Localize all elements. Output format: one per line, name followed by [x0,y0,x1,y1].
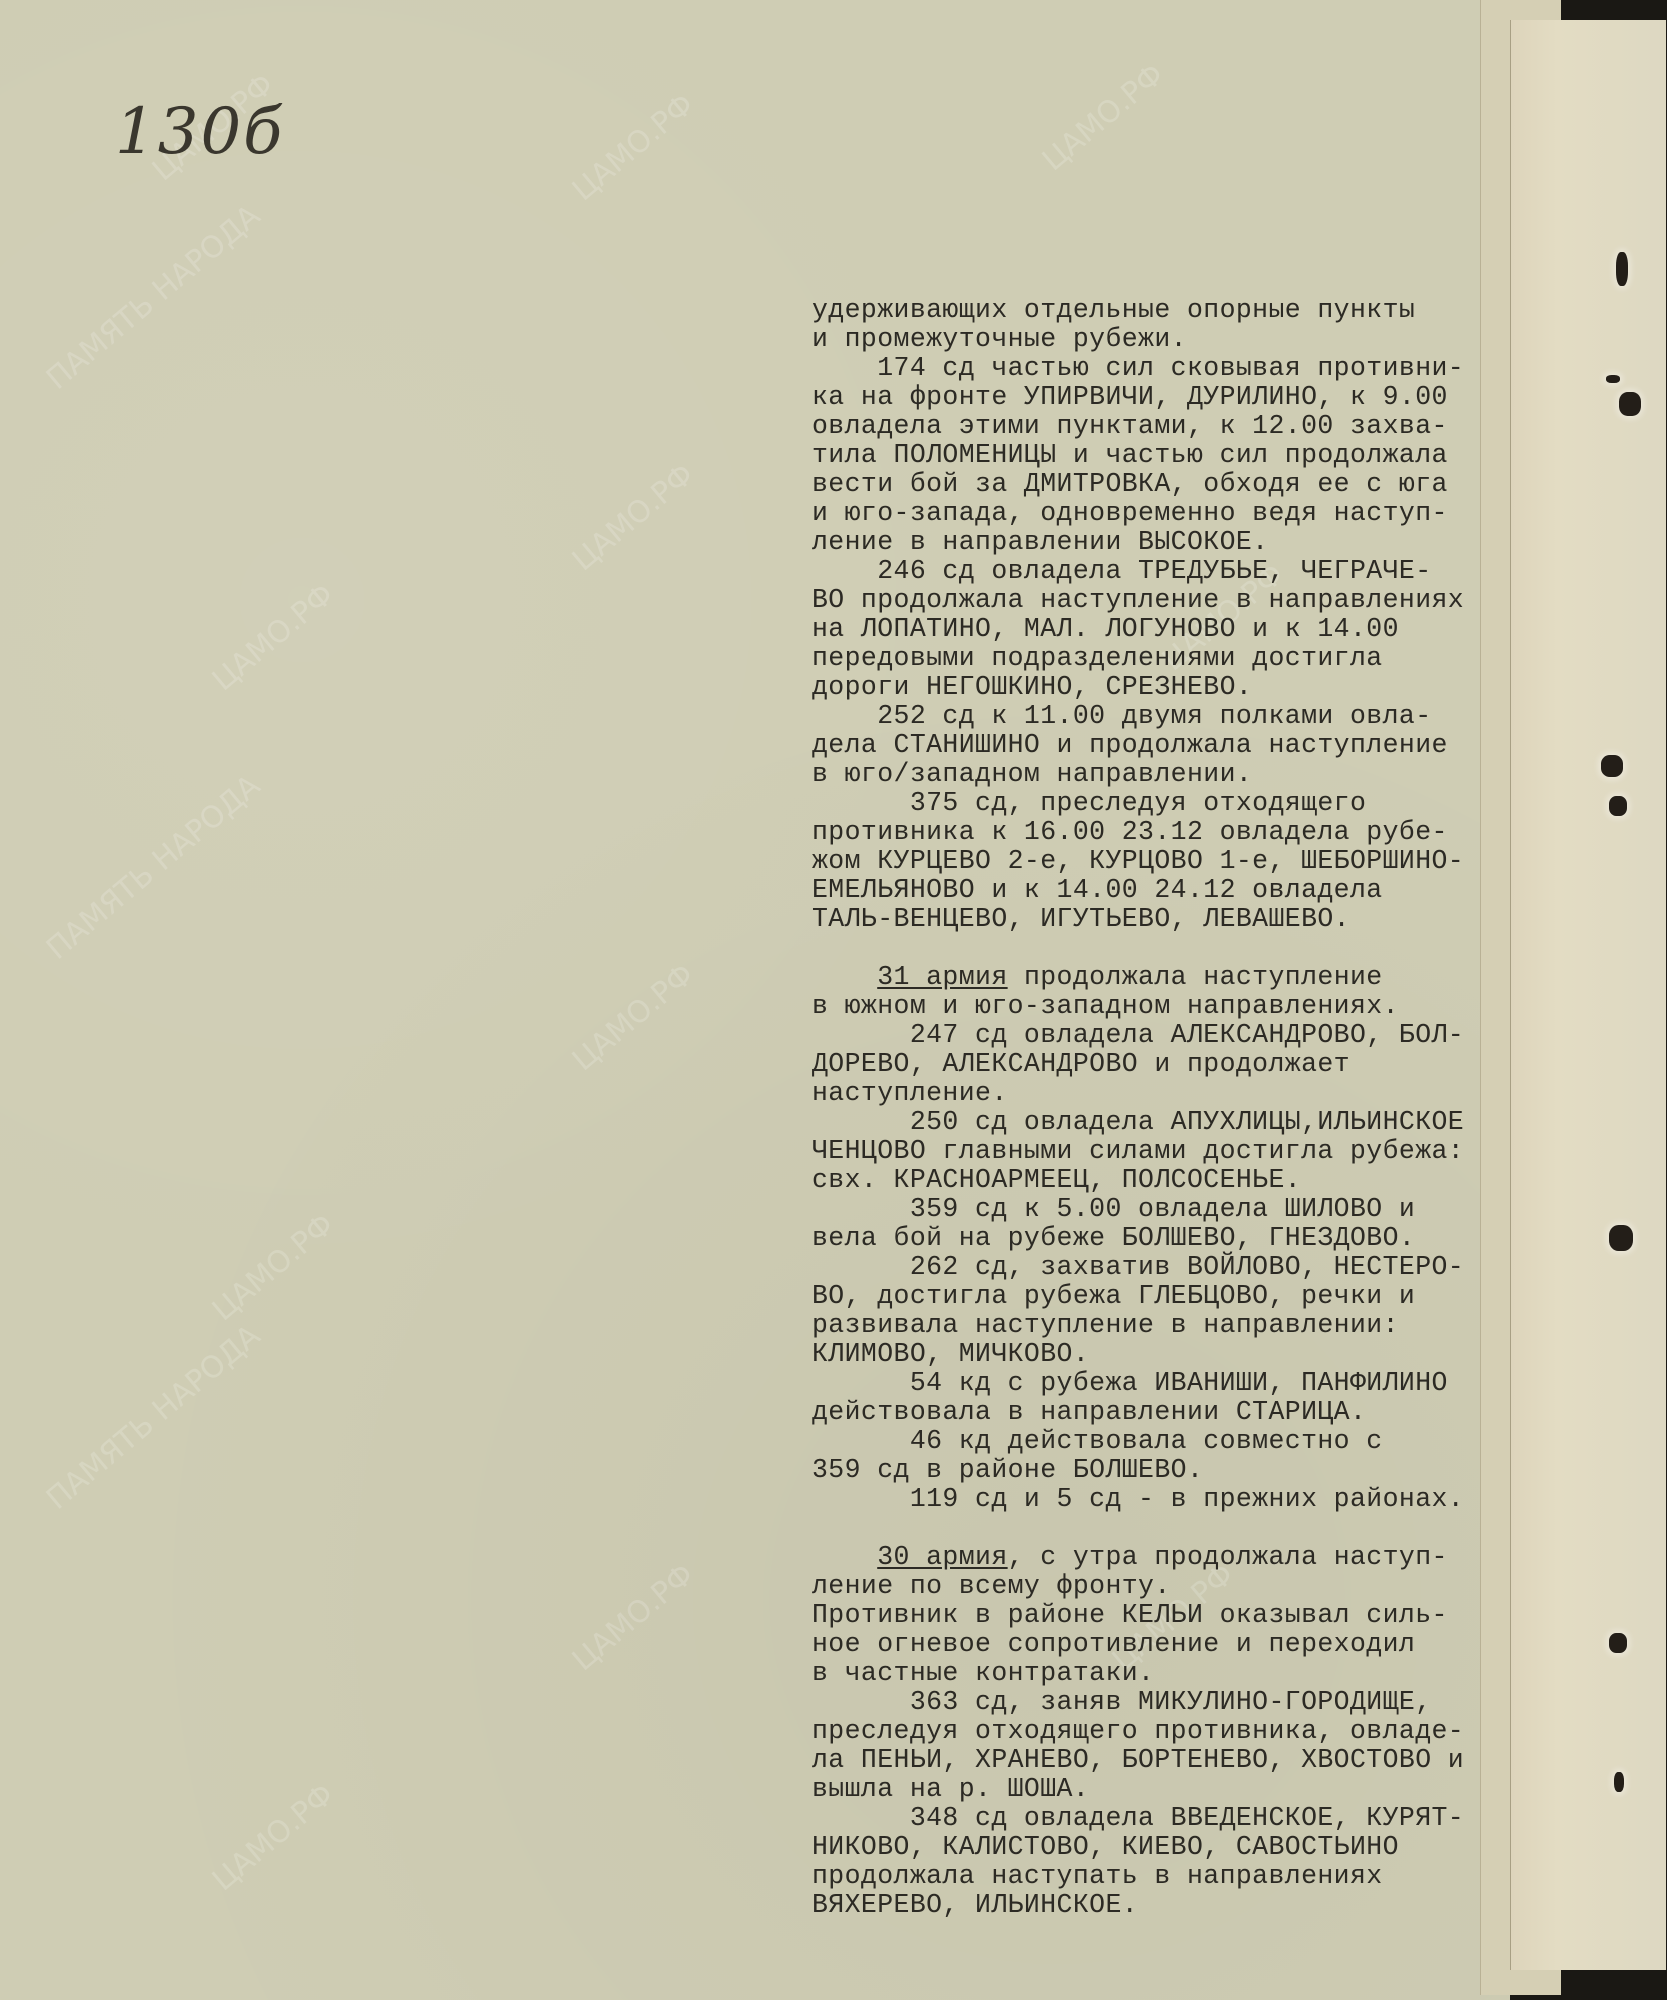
text-line: и промежуточные рубежи. [812,325,1512,354]
text-line: овладела этими пунктами, к 12.00 захва- [812,412,1512,441]
paragraph-375-sd: 375 сд, преследуя отходящего противника … [812,789,1512,934]
watermark: ПАМЯТЬ НАРОДА [40,768,267,966]
watermark: ЦАМО.РФ [206,1777,341,1898]
punch-hole [1601,755,1623,777]
heading-continuation: продолжала наступление [1008,962,1383,992]
paragraph-intro: удерживающих отдельные опорные пункты и … [812,296,1512,354]
binding-edge-strip [1510,20,1666,1970]
text-line: вышла на р. ШОША. [812,1775,1512,1804]
typewritten-report: удерживающих отдельные опорные пункты и … [812,296,1512,1920]
text-line: 119 сд и 5 сд - в прежних районах. [812,1485,1512,1514]
text-line: ВЯХЕРЕВО, ИЛЬИНСКОЕ. [812,1891,1512,1920]
text-line: ВО продолжала наступление в направлениях [812,586,1512,615]
punch-hole [1616,252,1628,286]
text-line: ление в направлении ВЫСОКОЕ. [812,528,1512,557]
punch-hole [1619,392,1641,416]
watermark: ЦАМО.РФ [206,577,341,698]
scanned-document: ЦАМО.РФ ЦАМО.РФ ЦАМО.РФ ПАМЯТЬ НАРОДА ЦА… [0,0,1667,2000]
text-line: НИКОВО, КАЛИСТОВО, КИЕВО, САВОСТЬИНО [812,1833,1512,1862]
text-line: Противник в районе КЕЛЬИ оказывал силь- [812,1601,1512,1630]
text-line: 363 сд, заняв МИКУЛИНО-ГОРОДИЩЕ, [812,1688,1512,1717]
text-line: и юго-запада, одновременно ведя наступ- [812,499,1512,528]
text-line: дела СТАНИШИНО и продолжала наступление [812,731,1512,760]
section-gap [812,934,1512,963]
text-line: 246 сд овладела ТРЕДУБЬЕ, ЧЕГРАЧЕ- [812,557,1512,586]
text-line: 359 сд в районе БОЛШЕВО. [812,1456,1512,1485]
text-line: 174 сд частью сил сковывая противни- [812,354,1512,383]
text-line: 359 сд к 5.00 овладела ШИЛОВО и [812,1195,1512,1224]
punch-hole [1609,1633,1627,1653]
text-line: удерживающих отдельные опорные пункты [812,296,1512,325]
watermark: ЦАМО.РФ [566,457,701,578]
section-heading-line: 31 армия продолжала наступление [812,963,1512,992]
watermark: ЦАМО.РФ [1036,57,1171,178]
text-line: ДОРЕВО, АЛЕКСАНДРОВО и продолжает [812,1050,1512,1079]
text-line: продолжала наступать в направлениях [812,1862,1512,1891]
army-heading-30: 30 армия [877,1542,1007,1572]
section-30-army: 30 армия, с утра продолжала наступ- лени… [812,1543,1512,1920]
text-line: преследуя отходящего противника, овладе- [812,1717,1512,1746]
text-line: ление по всему фронту. [812,1572,1512,1601]
text-line: противника к 16.00 23.12 овладела рубе- [812,818,1512,847]
text-line: вести бой за ДМИТРОВКА, обходя ее с юга [812,470,1512,499]
army-heading-31: 31 армия [877,962,1007,992]
watermark: ЦАМО.РФ [566,87,701,208]
text-line: 46 кд действовала совместно с [812,1427,1512,1456]
handwritten-page-number: 130б [115,95,284,169]
document-page: ЦАМО.РФ ЦАМО.РФ ЦАМО.РФ ПАМЯТЬ НАРОДА ЦА… [0,0,1510,2000]
watermark: ЦАМО.РФ [566,957,701,1078]
punch-hole [1606,375,1620,383]
watermark: ЦАМО.РФ [206,1207,341,1328]
text-line: ЕМЕЛЬЯНОВО и к 14.00 24.12 овладела [812,876,1512,905]
text-line: передовыми подразделениями достигла [812,644,1512,673]
text-line: ВО, достигла рубежа ГЛЕБЦОВО, речки и [812,1282,1512,1311]
text-line: тила ПОЛОМЕНИЦЫ и частью сил продолжала [812,441,1512,470]
text-line: ЧЕНЦОВО главными силами достигла рубежа: [812,1137,1512,1166]
text-line: 375 сд, преследуя отходящего [812,789,1512,818]
text-line: вела бой на рубеже БОЛШЕВО, ГНЕЗДОВО. [812,1224,1512,1253]
text-line: свх. КРАСНОАРМЕЕЦ, ПОЛСОСЕНЬЕ. [812,1166,1512,1195]
text-line: 250 сд овладела АПУХЛИЦЫ,ИЛЬИНСКОЕ [812,1108,1512,1137]
watermark: ПАМЯТЬ НАРОДА [40,198,267,396]
text-line: 252 сд к 11.00 двумя полками овла- [812,702,1512,731]
punch-hole [1614,1772,1624,1792]
text-line: на ЛОПАТИНО, МАЛ. ЛОГУНОВО и к 14.00 [812,615,1512,644]
text-line: КЛИМОВО, МИЧКОВО. [812,1340,1512,1369]
section-31-army: 31 армия продолжала наступление в южном … [812,963,1512,1514]
section-gap [812,1514,1512,1543]
text-line: в частные контратаки. [812,1659,1512,1688]
watermark: ПАМЯТЬ НАРОДА [40,1318,267,1516]
text-line: ла ПЕНЬИ, ХРАНЕВО, БОРТЕНЕВО, ХВОСТОВО и [812,1746,1512,1775]
text-line: 262 сд, захватив ВОЙЛОВО, НЕСТЕРО- [812,1253,1512,1282]
text-line: развивала наступление в направлении: [812,1311,1512,1340]
text-line: ка на фронте УПИРВИЧИ, ДУРИЛИНО, к 9.00 [812,383,1512,412]
text-line: ТАЛЬ-ВЕНЦЕВО, ИГУТЬЕВО, ЛЕВАШЕВО. [812,905,1512,934]
text-line: дороги НЕГОШКИНО, СРЕЗНЕВО. [812,673,1512,702]
text-line: 348 сд овладела ВВЕДЕНСКОЕ, КУРЯТ- [812,1804,1512,1833]
text-line: жом КУРЦЕВО 2-е, КУРЦОВО 1-е, ШЕБОРШИНО- [812,847,1512,876]
punch-hole [1609,1225,1633,1251]
heading-continuation: , с утра продолжала наступ- [1008,1542,1448,1572]
watermark: ЦАМО.РФ [566,1557,701,1678]
text-line: в юго/западном направлении. [812,760,1512,789]
paragraph-246-sd: 246 сд овладела ТРЕДУБЬЕ, ЧЕГРАЧЕ- ВО пр… [812,557,1512,702]
punch-hole [1609,796,1627,816]
text-line: в южном и юго-западном направлениях. [812,992,1512,1021]
text-line: ное огневое сопротивление и переходил [812,1630,1512,1659]
paragraph-174-sd: 174 сд частью сил сковывая противни- ка … [812,354,1512,557]
section-heading-line: 30 армия, с утра продолжала наступ- [812,1543,1512,1572]
text-line: наступление. [812,1079,1512,1108]
paragraph-252-sd: 252 сд к 11.00 двумя полками овла- дела … [812,702,1512,789]
text-line: 247 сд овладела АЛЕКСАНДРОВО, БОЛ- [812,1021,1512,1050]
text-line: 54 кд с рубежа ИВАНИШИ, ПАНФИЛИНО [812,1369,1512,1398]
text-line: действовала в направлении СТАРИЦА. [812,1398,1512,1427]
